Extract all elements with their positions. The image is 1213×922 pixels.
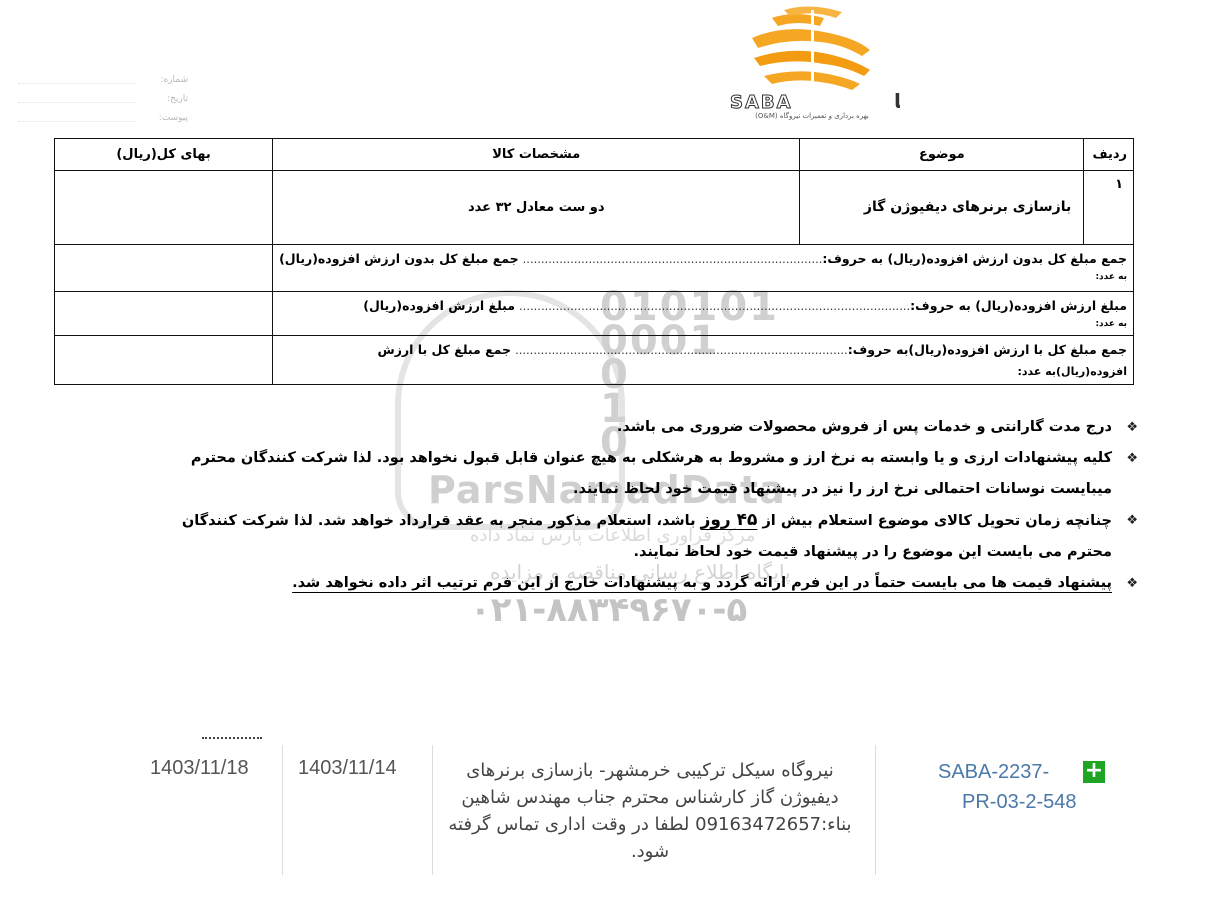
- note-item: ❖ چنانچه زمان تحویل کالای موضوع استعلام …: [160, 505, 1138, 568]
- svg-text:صبا: صبا: [894, 89, 900, 113]
- end-date: 1403/11/18: [150, 757, 280, 887]
- inquiry-form-table: ردیف موضوع مشخصات کالا بهای کل(ریال) ۱ ب…: [54, 138, 1134, 385]
- meta-attachment: پیوست:: [18, 110, 188, 126]
- summary-value-vat[interactable]: [55, 292, 273, 336]
- meta-date: تاریخ:: [18, 91, 188, 107]
- summary-words-label: مبلغ ارزش افزوده(ریال) به حروف:: [910, 298, 1127, 313]
- column-divider: [282, 745, 283, 875]
- start-date: 1403/11/14: [298, 757, 428, 887]
- table-row: ۱ بازسازی برنرهای دیفیوژن گاز دو ست معاد…: [55, 171, 1134, 245]
- item-price[interactable]: [55, 171, 273, 245]
- meta-date-label: تاریخ:: [136, 94, 188, 104]
- table-header-row: ردیف موضوع مشخصات کالا بهای کل(ریال): [55, 139, 1134, 171]
- note-text: چنانچه زمان تحویل کالای موضوع استعلام بی…: [757, 513, 1112, 529]
- summary-words-label: جمع مبلغ کل با ارزش افزوده(ریال)به حروف:: [848, 342, 1127, 357]
- terms-notes: ❖ درج مدت گارانتی و خدمات پس از فروش محص…: [160, 412, 1138, 599]
- meta-number-line: [18, 76, 136, 84]
- diamond-bullet-icon: ❖: [1126, 412, 1138, 443]
- truncated-dots: [202, 737, 262, 739]
- summary-right-label: جمع مبلغ کل با ارزش: [377, 342, 511, 357]
- summary-row-vat: مبلغ ارزش افزوده(ریال) به حروف:.........…: [55, 292, 1134, 336]
- header-row-number: ردیف: [1084, 139, 1134, 171]
- header-price: بهای کل(ریال): [55, 139, 273, 171]
- summary-dots[interactable]: ........................................…: [515, 343, 848, 357]
- header-spec: مشخصات کالا: [273, 139, 800, 171]
- tender-description: نیروگاه سیکل ترکیبی خرمشهر- بازسازی برنر…: [440, 757, 860, 887]
- diamond-bullet-icon: ❖: [1126, 443, 1138, 474]
- summary-dots[interactable]: ........................................…: [523, 252, 823, 266]
- letter-meta: شماره: تاریخ: پیوست:: [18, 72, 188, 129]
- header-subject: موضوع: [800, 139, 1084, 171]
- saba-logo: SABA صبا بهره برداری و تعمیرات نیروگاه (…: [724, 4, 900, 124]
- note-text: درج مدت گارانتی و خدمات پس از فروش محصول…: [617, 419, 1112, 435]
- column-divider: [875, 745, 876, 875]
- note-item: ❖ پیشنهاد قیمت ها می بایست حتماً در این …: [160, 568, 1138, 599]
- note-item: ❖ درج مدت گارانتی و خدمات پس از فروش محص…: [160, 412, 1138, 443]
- diamond-bullet-icon: ❖: [1126, 505, 1138, 536]
- note-text: پیشنهاد قیمت ها می بایست حتماً در این فر…: [292, 575, 1112, 591]
- plus-icon[interactable]: +: [1083, 761, 1105, 783]
- summary-digits-label: به عدد:: [279, 272, 1127, 282]
- tender-code-line2[interactable]: PR-03-2-548: [900, 787, 1100, 817]
- saba-logo-mark-icon: SABA صبا: [724, 4, 900, 114]
- summary-right-label: مبلغ ارزش افزوده(ریال): [363, 298, 515, 313]
- meta-number: شماره:: [18, 72, 188, 88]
- column-divider: [432, 745, 433, 875]
- diamond-bullet-icon: ❖: [1126, 568, 1138, 599]
- summary-row-total-with-vat: جمع مبلغ کل با ارزش افزوده(ریال)به حروف:…: [55, 336, 1134, 385]
- summary-digits-label: به عدد:: [279, 319, 1127, 329]
- logo-subtitle: بهره برداری و تعمیرات نیروگاه (O&M): [724, 112, 900, 120]
- meta-date-line: [18, 95, 136, 103]
- item-spec: دو ست معادل ۳۲ عدد: [273, 171, 800, 245]
- meta-attachment-label: پیوست:: [136, 113, 188, 123]
- item-subject: بازسازی برنرهای دیفیوژن گاز: [800, 171, 1084, 245]
- summary-right-label: جمع مبلغ کل بدون ارزش افزوده(ریال): [279, 251, 519, 266]
- note-item: ❖ کلیه پیشنهادات ارزی و یا وابسته به نرخ…: [160, 443, 1138, 505]
- summary-value-total-with-vat[interactable]: [55, 336, 273, 385]
- svg-text:SABA: SABA: [730, 92, 793, 113]
- summary-value-total-without-vat[interactable]: [55, 245, 273, 292]
- summary-words-label: جمع مبلغ کل بدون ارزش افزوده(ریال) به حر…: [822, 251, 1127, 266]
- summary-dots[interactable]: ........................................…: [519, 299, 910, 313]
- tender-code-link[interactable]: SABA-2237- PR-03-2-548: [900, 757, 1100, 887]
- note-text: کلیه پیشنهادات ارزی و یا وابسته به نرخ ا…: [191, 450, 1112, 497]
- item-row-number: ۱: [1084, 171, 1134, 245]
- summary-digits-label: افزوده(ریال)به عدد:: [279, 365, 1127, 378]
- tender-code-line1[interactable]: SABA-2237-: [900, 757, 1100, 787]
- meta-number-label: شماره:: [136, 75, 188, 85]
- note-highlight-days: ۴۵ روز: [701, 510, 758, 530]
- meta-attachment-line: [18, 114, 136, 122]
- summary-row-total-without-vat: جمع مبلغ کل بدون ارزش افزوده(ریال) به حر…: [55, 245, 1134, 292]
